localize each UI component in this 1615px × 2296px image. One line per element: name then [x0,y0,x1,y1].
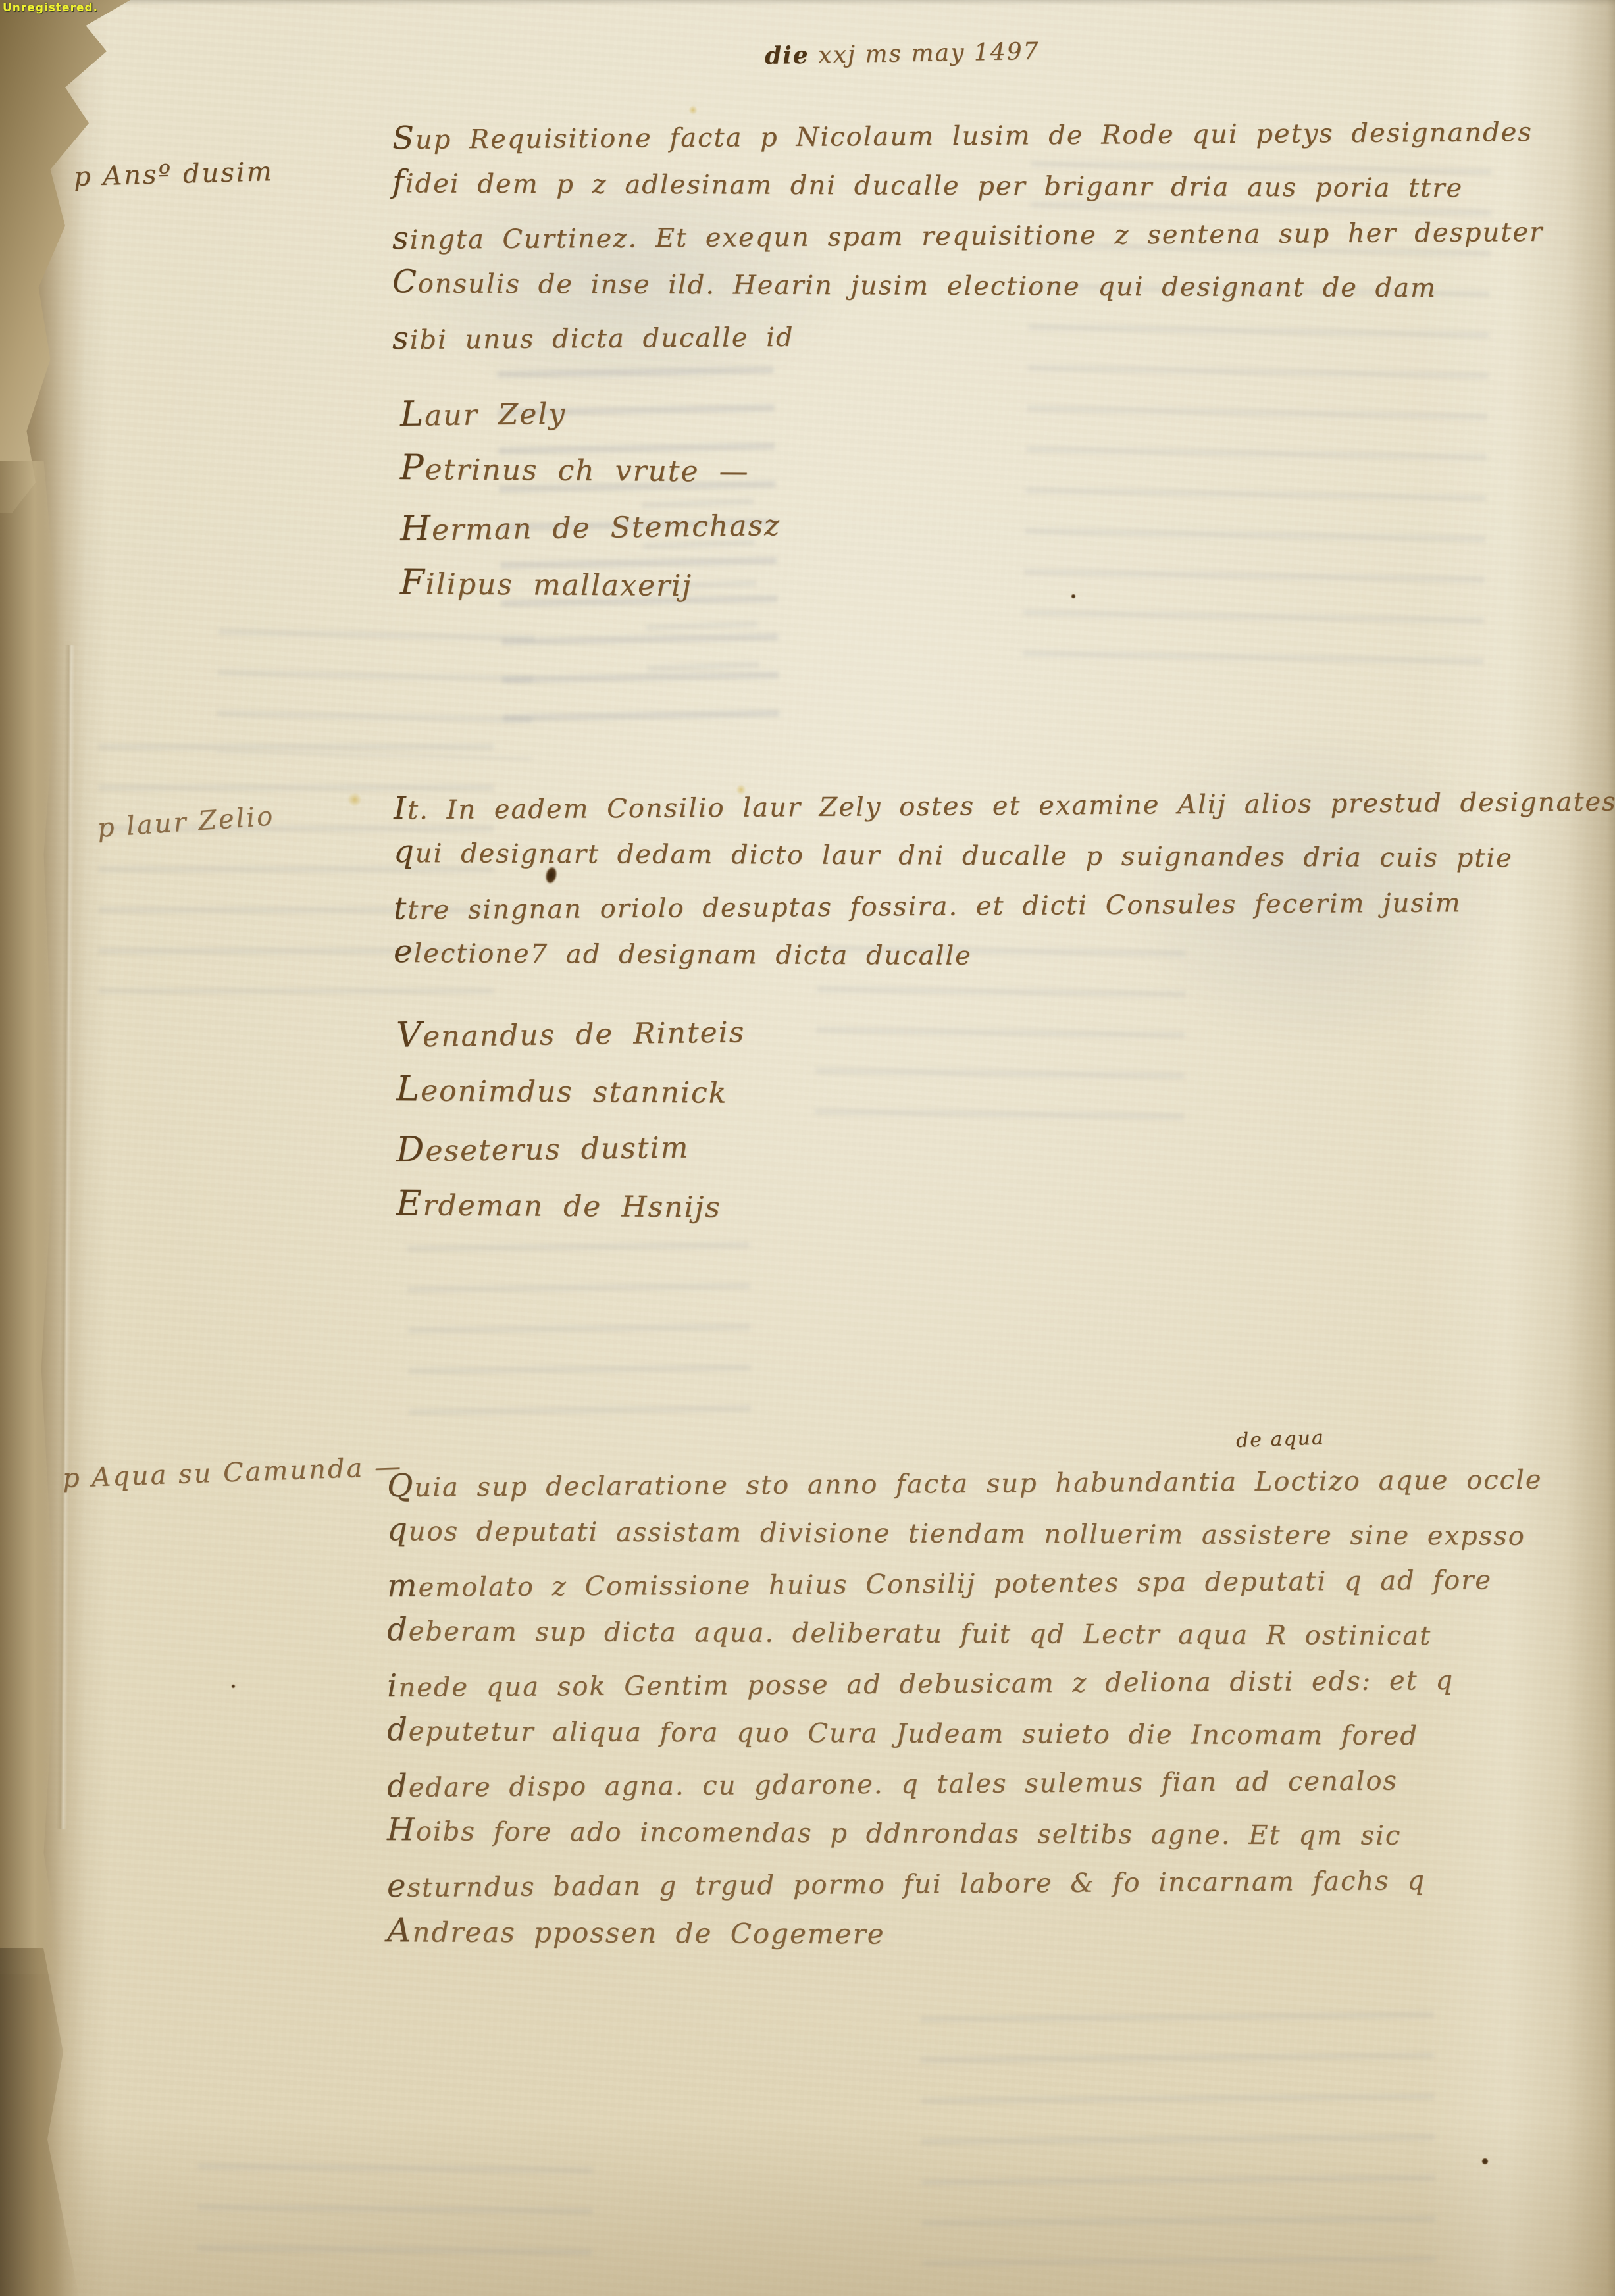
verso-show-through [920,2012,1435,2266]
manuscript-line: fidei dem p z adlesinam dni ducalle per … [392,158,1544,213]
header-date-word: die [765,41,809,70]
name-list-item: Filipus mallaxerij [400,555,781,615]
verso-show-through [407,1242,752,1423]
unregistered-watermark: Unregistered. [3,1,98,14]
margin-note-3: p Aqua su Camunda — [62,1452,403,1494]
manuscript-line: Consulis de inse ild. Hearin jusim elect… [392,258,1544,313]
name-list-item: Venandus de Rinteis [396,1003,745,1065]
manuscript-page: Unregistered. die xxj ms may 1497 p Ansº… [0,0,1615,2296]
entry-3-paragraph: Quia sup declaratione sto anno facta sup… [387,1458,1542,1958]
manuscript-line: Quia sup declaratione sto anno facta sup… [387,1454,1543,1512]
name-list-item: Petrinus ch vrute — [400,440,781,500]
manuscript-line: memolato z Comissione huius Consilij pot… [387,1554,1543,1612]
name-list-item: Laur Zely [399,382,781,444]
manuscript-line: ttre singnan oriolo desuptas fossira. et… [394,877,1615,935]
manuscript-line: deputetur aliqua fora quo Cura Judeam su… [387,1706,1543,1761]
verso-show-through [197,2163,593,2285]
manuscript-line: singta Curtinez. Et exequn spam requisit… [392,207,1544,265]
name-list-item: Leonimdus stannick [396,1061,746,1121]
manuscript-line: Sup Requisitione facta p Nicolaum lusim … [392,107,1544,165]
manuscript-line: deberam sup dicta aqua. deliberatu fuit … [387,1606,1543,1661]
ink-fleck [1482,2158,1488,2164]
interline-addition: de aqua [1235,1426,1325,1452]
name-list-item: Herman de Stemchasz [399,496,781,559]
ink-fleck [232,1685,235,1688]
manuscript-line: qui designart dedam dicto laur dni ducal… [394,828,1615,883]
entry-2-name-list: Venandus de Rinteis Leonimdus stannick D… [396,1006,745,1235]
manuscript-line: dedare dispo agna. cu gdarone. q tales s… [387,1754,1543,1812]
manuscript-line: inede qua sok Gentim posse ad debusicam … [387,1654,1543,1712]
entry-1-name-list: Laur Zely Petrinus ch vrute — Herman de … [400,384,781,613]
name-list-item: Deseterus dustim [396,1117,745,1179]
manuscript-line: electione7 ad designam dicta ducalle [394,928,1615,983]
manuscript-line: Hoibs fore ado incomendas p ddnrondas se… [387,1806,1543,1861]
name-list-item: Erdeman de Hsnijs [396,1176,746,1236]
entry-2-paragraph: It. In eadem Consilio laur Zely ostes et… [394,780,1615,981]
manuscript-line: quos deputati assistam divisione tiendam… [387,1506,1543,1561]
verso-show-through [216,628,534,760]
header-date: die xxj ms may 1497 [765,38,1040,70]
manuscript-line: sibi unus dicta ducalle id [392,307,1544,365]
ink-fleck [1071,594,1075,598]
margin-note-1: p Ansº dusim [73,157,274,192]
signature-line: Andreas ppossen de Cogemere [387,1906,1543,1961]
header-date-rest: xxj ms may 1497 [818,38,1040,69]
manuscript-line: esturndus badan g trgud pormo fui labore… [387,1854,1543,1912]
entry-1-paragraph: Sup Requisitione facta p Nicolaum lusim … [392,111,1543,361]
paper-stain [347,792,362,807]
manuscript-line: It. In eadem Consilio laur Zely ostes et… [394,777,1615,835]
